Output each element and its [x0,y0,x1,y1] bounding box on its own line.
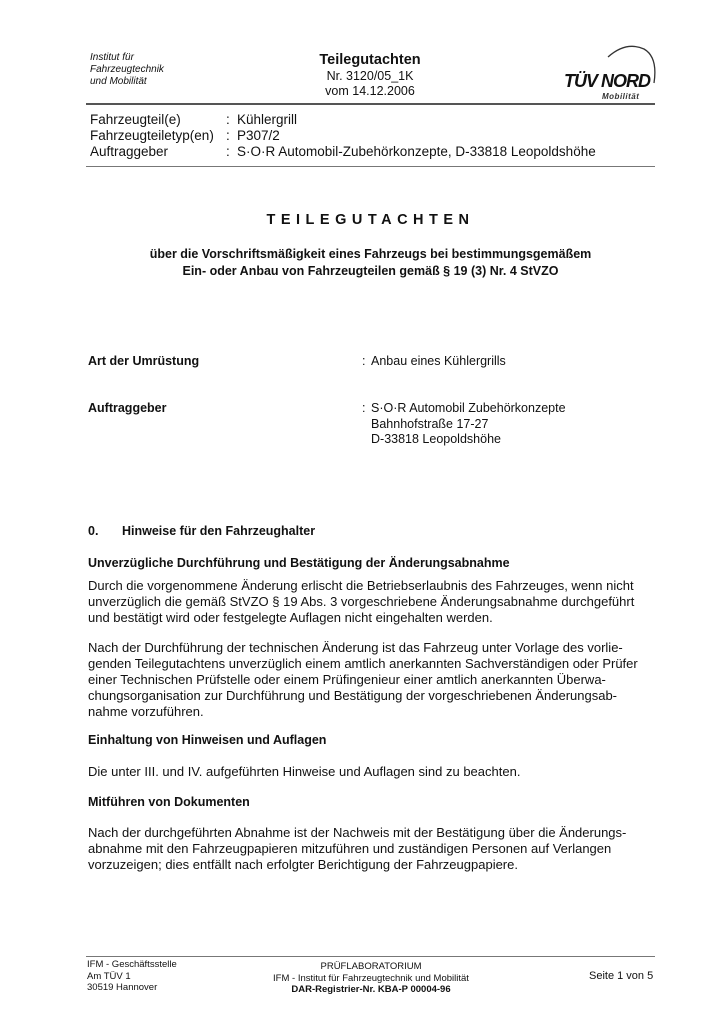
paragraph-line: Nach der durchgeführten Abnahme ist der … [88,825,658,841]
client-label: Auftraggeber [88,401,166,415]
page-number: Seite 1 von 5 [589,970,653,982]
meta-value: P307/2 [237,128,280,144]
paragraph-line: nahme vorzuführen. [88,704,658,720]
meta-label: Fahrzeugteiletyp(en) [90,128,226,144]
paragraph-line: genden Teilegutachtens unverzüglich eine… [88,656,658,672]
subsection-heading: Unverzügliche Durchführung und Bestätigu… [88,556,510,570]
conversion-label: Art der Umrüstung [88,354,199,368]
subsection-heading: Mitführen von Dokumenten [88,795,250,809]
institute-line: Fahrzeugtechnik [90,64,164,76]
report-number: Nr. 3120/05_1K [270,69,470,84]
institute-line: und Mobilität [90,76,164,88]
tuv-nord-logo: TÜV NORD Mobilität [560,43,660,103]
client-line: D-33818 Leopoldshöhe [362,432,566,448]
header-divider [86,103,655,105]
meta-block: Fahrzeugteil(e) : Kühlergrill Fahrzeugte… [90,112,596,160]
institute-name: Institut für Fahrzeugtechnik und Mobilit… [90,52,164,88]
section-heading: 0.Hinweise für den Fahrzeughalter [88,524,315,538]
footer-lab-name: IFM - Institut für Fahrzeugtechnik und M… [240,973,502,985]
section-number: 0. [88,524,122,538]
meta-colon: : [226,144,237,160]
footer-divider [86,956,655,957]
paragraph: Nach der durchgeführten Abnahme ist der … [88,825,658,873]
paragraph-line: und bestätigt wird oder festgelegte Aufl… [88,610,658,626]
paragraph-line: Durch die vorgenommene Änderung erlischt… [88,578,658,594]
header-title: Teilegutachten [270,52,470,69]
subsection-heading: Einhaltung von Hinweisen und Auflagen [88,733,326,747]
meta-row: Auftraggeber : S·O·R Automobil-Zubehörko… [90,144,596,160]
field-colon: : [362,401,371,417]
meta-colon: : [226,128,237,144]
meta-label: Fahrzeugteil(e) [90,112,226,128]
subtitle-line: Ein- oder Anbau von Fahrzeugteilen gemäß… [86,263,655,280]
field-colon: : [362,354,371,370]
footer-address-line: 30519 Hannover [87,982,177,994]
footer-address: IFM - Geschäftsstelle Am TÜV 1 30519 Han… [87,959,177,994]
meta-colon: : [226,112,237,128]
meta-value: S·O·R Automobil-Zubehörkonzepte, D-33818… [237,144,596,160]
subtitle-line: über die Vorschriftsmäßigkeit eines Fahr… [86,246,655,263]
meta-row: Fahrzeugteil(e) : Kühlergrill [90,112,596,128]
meta-row: Fahrzeugteiletyp(en) : P307/2 [90,128,596,144]
paragraph-line: abnahme mit den Fahrzeugpapieren mitzufü… [88,841,658,857]
meta-label: Auftraggeber [90,144,226,160]
logo-wordmark: TÜV NORD [564,71,650,92]
footer-lab-title: PRÜFLABORATORIUM [240,961,502,973]
footer-lab-info: PRÜFLABORATORIUM IFM - Institut für Fahr… [240,961,502,996]
paragraph-line: vorzuzeigen; dies entfällt nach erfolgte… [88,857,658,873]
paragraph: Durch die vorgenommene Änderung erlischt… [88,578,658,626]
client-line: Bahnhofstraße 17-27 [362,417,566,433]
institute-line: Institut für [90,52,164,64]
header-title-block: Teilegutachten Nr. 3120/05_1K vom 14.12.… [270,52,470,99]
paragraph: Nach der Durchführung der technischen Än… [88,640,658,720]
footer-registration: DAR-Registrier-Nr. KBA-P 00004-96 [240,984,502,996]
document-subtitle: über die Vorschriftsmäßigkeit eines Fahr… [86,246,655,280]
client-line: S·O·R Automobil Zubehörkonzepte [371,401,566,415]
document-title: TEILEGUTACHTEN [86,212,655,228]
paragraph-line: chungsorganisation zur Durchführung und … [88,688,658,704]
paragraph-line: einer Technischen Prüfstelle oder einem … [88,672,658,688]
meta-value: Kühlergrill [237,112,297,128]
paragraph-line: unverzüglich die gemäß StVZO § 19 Abs. 3… [88,594,658,610]
logo-subtitle: Mobilität [602,92,639,101]
client-value: :S·O·R Automobil Zubehörkonzepte Bahnhof… [362,401,566,448]
footer-address-line: IFM - Geschäftsstelle [87,959,177,971]
conversion-text: Anbau eines Kühlergrills [371,354,506,368]
paragraph: Die unter III. und IV. aufgeführten Hinw… [88,764,658,780]
section-title: Hinweise für den Fahrzeughalter [122,524,315,538]
report-date: vom 14.12.2006 [270,84,470,99]
footer-address-line: Am TÜV 1 [87,971,177,983]
paragraph-line: Nach der Durchführung der technischen Än… [88,640,658,656]
conversion-value: :Anbau eines Kühlergrills [362,354,506,370]
meta-divider [86,166,655,167]
